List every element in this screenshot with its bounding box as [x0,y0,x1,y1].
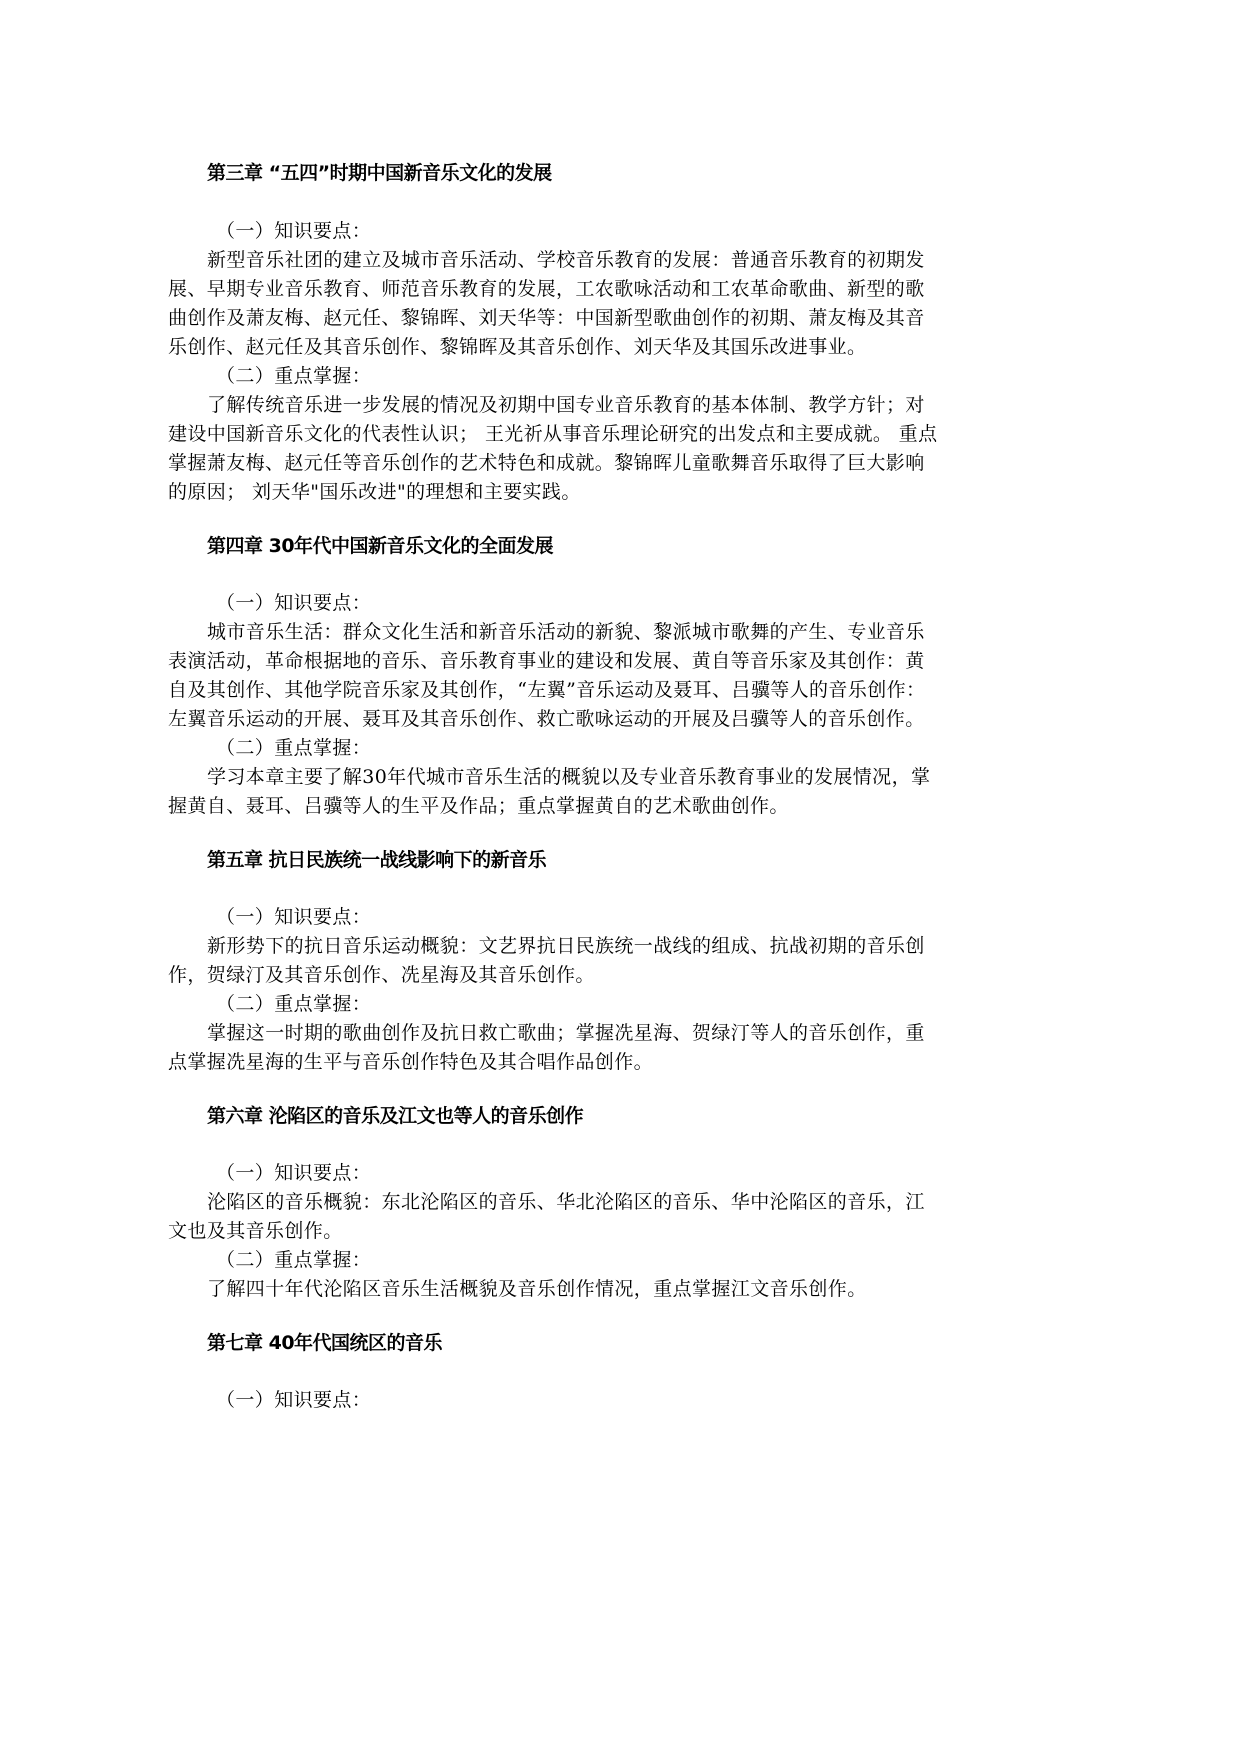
chapter-4-knowledge-line: 左翼音乐运动的开展、聂耳及其音乐创作、救亡歌咏运动的开展及吕骥等人的音乐创作。 [168,706,925,732]
chapter-5-knowledge-line: 作，贺绿汀及其音乐创作、冼星海及其音乐创作。 [168,962,595,988]
chapter-5-knowledge-line: 新形势下的抗日音乐运动概貌：文艺界抗日民族统一战线的组成、抗战初期的音乐创 [207,933,925,959]
chapter-4-focus-line: 握黄自、聂耳、吕骥等人的生平及作品；重点掌握黄自的艺术歌曲创作。 [168,793,789,819]
chapter-5-title: 第五章 抗日民族统一战线影响下的新音乐 [207,848,546,872]
chapter-6-knowledge-line: 文也及其音乐创作。 [168,1218,343,1244]
chapter-6-title: 第六章 沦陷区的音乐及江文也等人的音乐创作 [207,1104,583,1128]
chapter-5-focus-line: 掌握这一时期的歌曲创作及抗日救亡歌曲；掌握冼星海、贺绿汀等人的音乐创作，重 [207,1020,925,1046]
chapter-5-focus-line: 点掌握冼星海的生平与音乐创作特色及其合唱作品创作。 [168,1049,653,1075]
chapter-4-knowledge-line: 城市音乐生活：群众文化生活和新音乐活动的新貌、黎派城市歌舞的产生、专业音乐 [207,619,925,645]
chapter-3-title: 第三章 “五四”时期中国新音乐文化的发展 [207,161,552,185]
chapter-4-knowledge-line: 自及其创作、其他学院音乐家及其创作，“左翼”音乐运动及聂耳、吕骥等人的音乐创作： [168,677,925,703]
chapter-3-knowledge-label: （一）知识要点： [216,218,371,244]
chapter-7-knowledge-label: （一）知识要点： [216,1387,371,1413]
chapter-5-knowledge-label: （一）知识要点： [216,904,371,930]
chapter-3-focus-line: 的原因； 刘天华"国乐改进"的理想和主要实践。 [168,479,581,505]
chapter-6-focus-label: （二）重点掌握： [216,1247,371,1273]
chapter-3-knowledge-line: 新型音乐社团的建立及城市音乐活动、学校音乐教育的发展：普通音乐教育的初期发 [207,247,925,273]
chapter-4-knowledge-label: （一）知识要点： [216,590,371,616]
chapter-6-knowledge-line: 沦陷区的音乐概貌：东北沦陷区的音乐、华北沦陷区的音乐、华中沦陷区的音乐，江 [207,1189,925,1215]
chapter-4-focus-line: 学习本章主要了解30年代城市音乐生活的概貌以及专业音乐教育事业的发展情况，掌 [207,764,930,790]
chapter-6-knowledge-label: （一）知识要点： [216,1160,371,1186]
chapter-4-title: 第四章 30年代中国新音乐文化的全面发展 [207,534,553,558]
chapter-5-focus-label: （二）重点掌握： [216,991,371,1017]
chapter-4-focus-label: （二）重点掌握： [216,735,371,761]
chapter-3-knowledge-line: 曲创作及萧友梅、赵元任、黎锦晖、刘天华等：中国新型歌曲创作的初期、萧友梅及其音 [168,305,925,331]
chapter-3-knowledge-line: 展、早期专业音乐教育、师范音乐教育的发展，工农歌咏活动和工农革命歌曲、新型的歌 [168,276,925,302]
document-page: 第三章 “五四”时期中国新音乐文化的发展 （一）知识要点： 新型音乐社团的建立及… [0,0,1240,1754]
chapter-3-focus-line: 建设中国新音乐文化的代表性认识； 王光祈从事音乐理论研究的出发点和主要成就。 重… [168,421,937,447]
chapter-6-focus-line: 了解四十年代沦陷区音乐生活概貌及音乐创作情况，重点掌握江文音乐创作。 [207,1276,867,1302]
chapter-3-focus-line: 了解传统音乐进一步发展的情况及初期中国专业音乐教育的基本体制、教学方针；对 [207,392,925,418]
chapter-3-focus-label: （二）重点掌握： [216,363,371,389]
chapter-3-knowledge-line: 乐创作、赵元任及其音乐创作、黎锦晖及其音乐创作、刘天华及其国乐改进事业。 [168,334,866,360]
chapter-7-title: 第七章 40年代国统区的音乐 [207,1331,442,1355]
chapter-3-focus-line: 掌握萧友梅、赵元任等音乐创作的艺术特色和成就。黎锦晖儿童歌舞音乐取得了巨大影响 [168,450,925,476]
chapter-4-knowledge-line: 表演活动，革命根据地的音乐、音乐教育事业的建设和发展、黄自等音乐家及其创作：黄 [168,648,925,674]
